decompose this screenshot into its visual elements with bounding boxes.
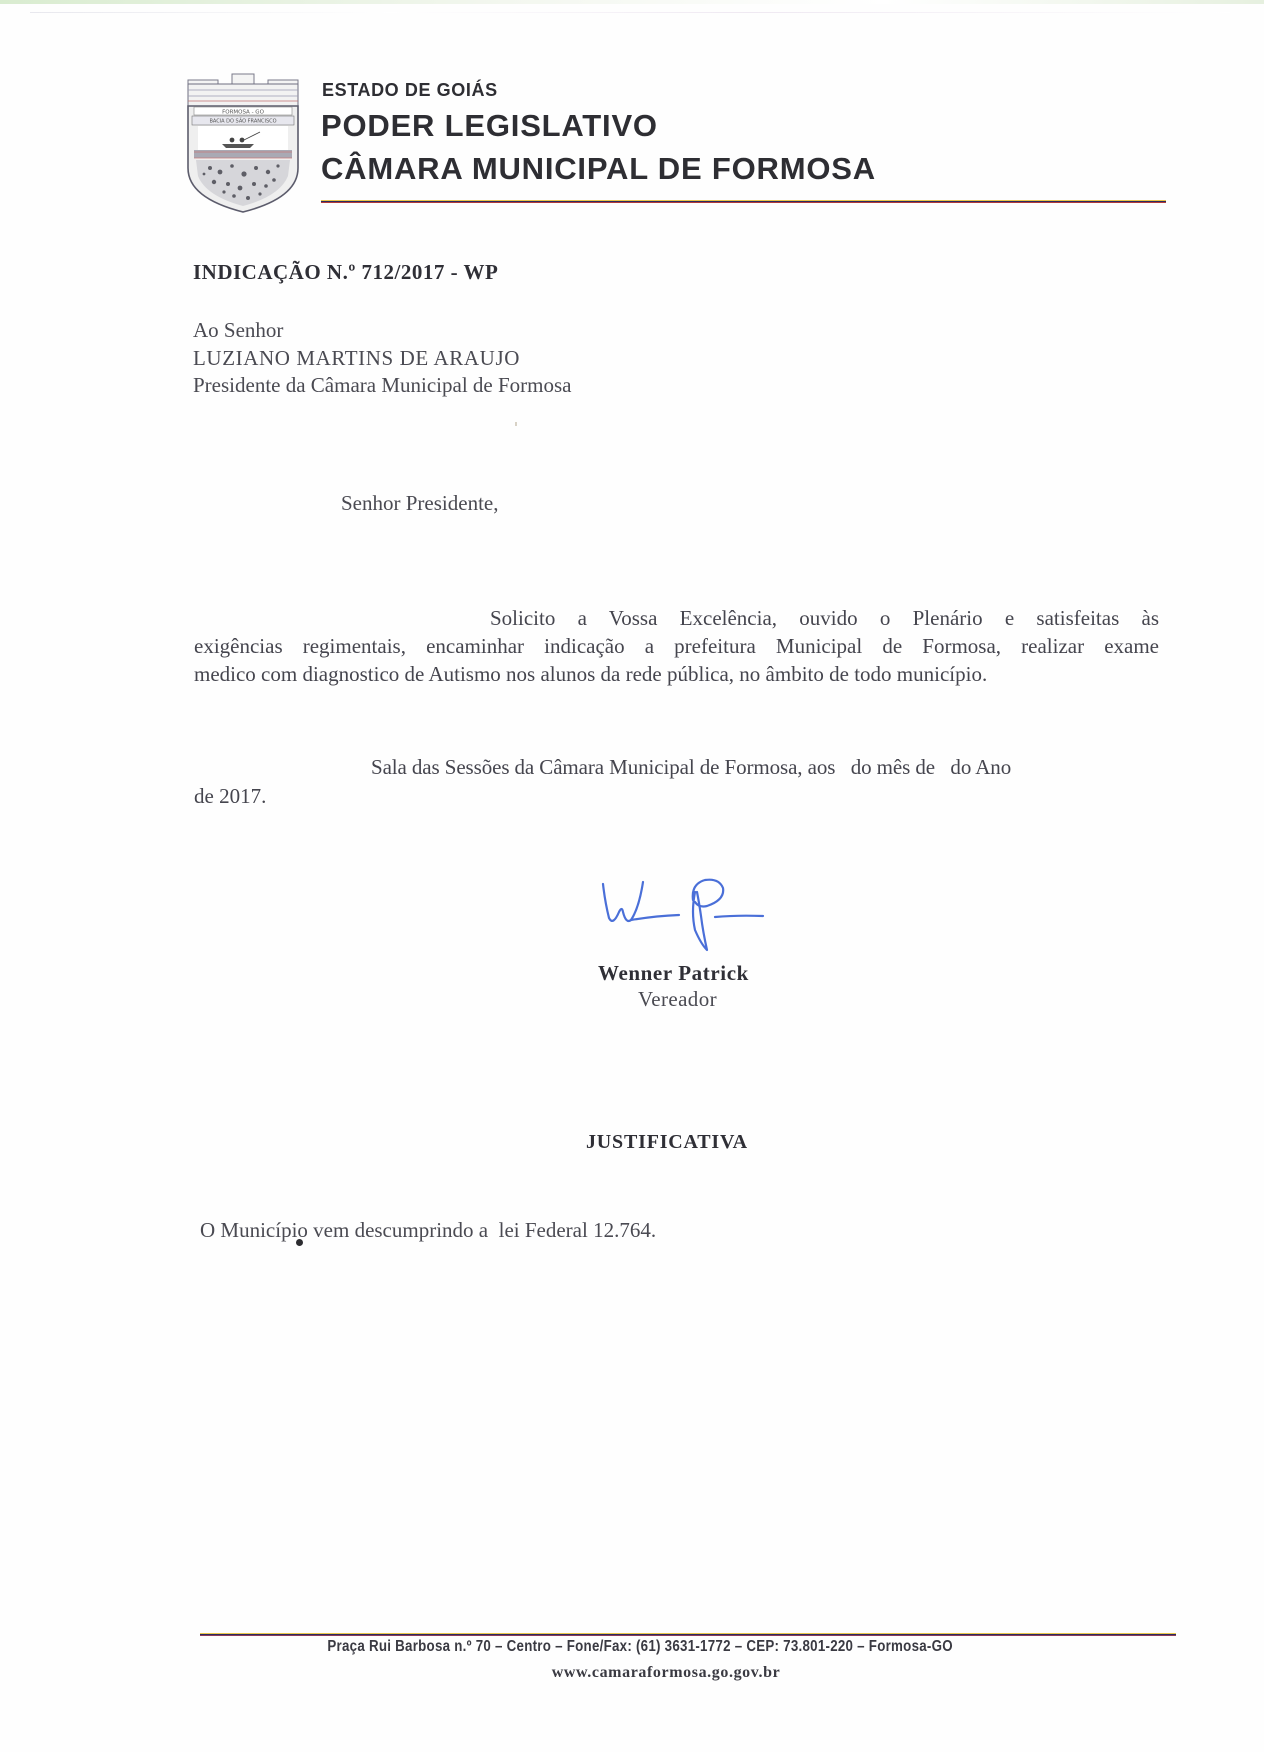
svg-text:FORMOSA - GO: FORMOSA - GO: [222, 110, 264, 116]
scan-speck: [515, 422, 517, 426]
header-divider: [321, 200, 1166, 203]
branch-heading: PODER LEGISLATIVO: [321, 108, 658, 144]
document-title: INDICAÇÃO N.º 712/2017 - WP: [193, 260, 498, 285]
paragraph-line: Solicito a Vossa Excelência, ouvido o Pl…: [194, 604, 1159, 632]
salutation: Senhor Presidente,: [341, 491, 498, 516]
signer-role: Vereador: [638, 987, 717, 1012]
institution-heading: CÂMARA MUNICIPAL DE FORMOSA: [321, 151, 876, 187]
footer-divider: [200, 1633, 1176, 1636]
justification-heading: JUSTIFICATIVA: [586, 1131, 748, 1154]
addressee-name: LUZIANO MARTINS DE ARAUJO: [193, 346, 520, 371]
signer-name: Wenner Patrick: [598, 961, 749, 986]
justification-text: O Município vem descumprindo a lei Feder…: [200, 1218, 656, 1243]
scan-edge-line: [30, 12, 1230, 13]
footer-address: Praça Rui Barbosa n.º 70 – Centro – Fone…: [97, 1638, 1184, 1656]
addressee-greeting: Ao Senhor: [193, 318, 283, 343]
coat-of-arms-icon: FORMOSA - GO BACIA DO SÃO FRANCISCO: [184, 72, 302, 214]
closing-line: Sala das Sessões da Câmara Municipal de …: [371, 755, 1011, 780]
scan-edge: [0, 0, 1264, 4]
paragraph-line: exigências regimentais, encaminhar indic…: [194, 632, 1159, 660]
addressee-position: Presidente da Câmara Municipal de Formos…: [193, 373, 571, 398]
request-paragraph: Solicito a Vossa Excelência, ouvido o Pl…: [194, 604, 1159, 688]
svg-text:BACIA DO SÃO FRANCISCO: BACIA DO SÃO FRANCISCO: [209, 118, 276, 125]
ink-blot: [296, 1239, 303, 1246]
handwritten-signature-icon: [595, 872, 770, 962]
document-page: FORMOSA - GO BACIA DO SÃO FRANCISCO: [0, 0, 1264, 1752]
closing-date: de 2017.: [194, 784, 266, 809]
paragraph-line: medico com diagnostico de Autismo nos al…: [194, 660, 1159, 688]
footer-website: www.camaraformosa.go.gov.br: [34, 1664, 1264, 1682]
state-heading: ESTADO DE GOIÁS: [322, 80, 498, 101]
